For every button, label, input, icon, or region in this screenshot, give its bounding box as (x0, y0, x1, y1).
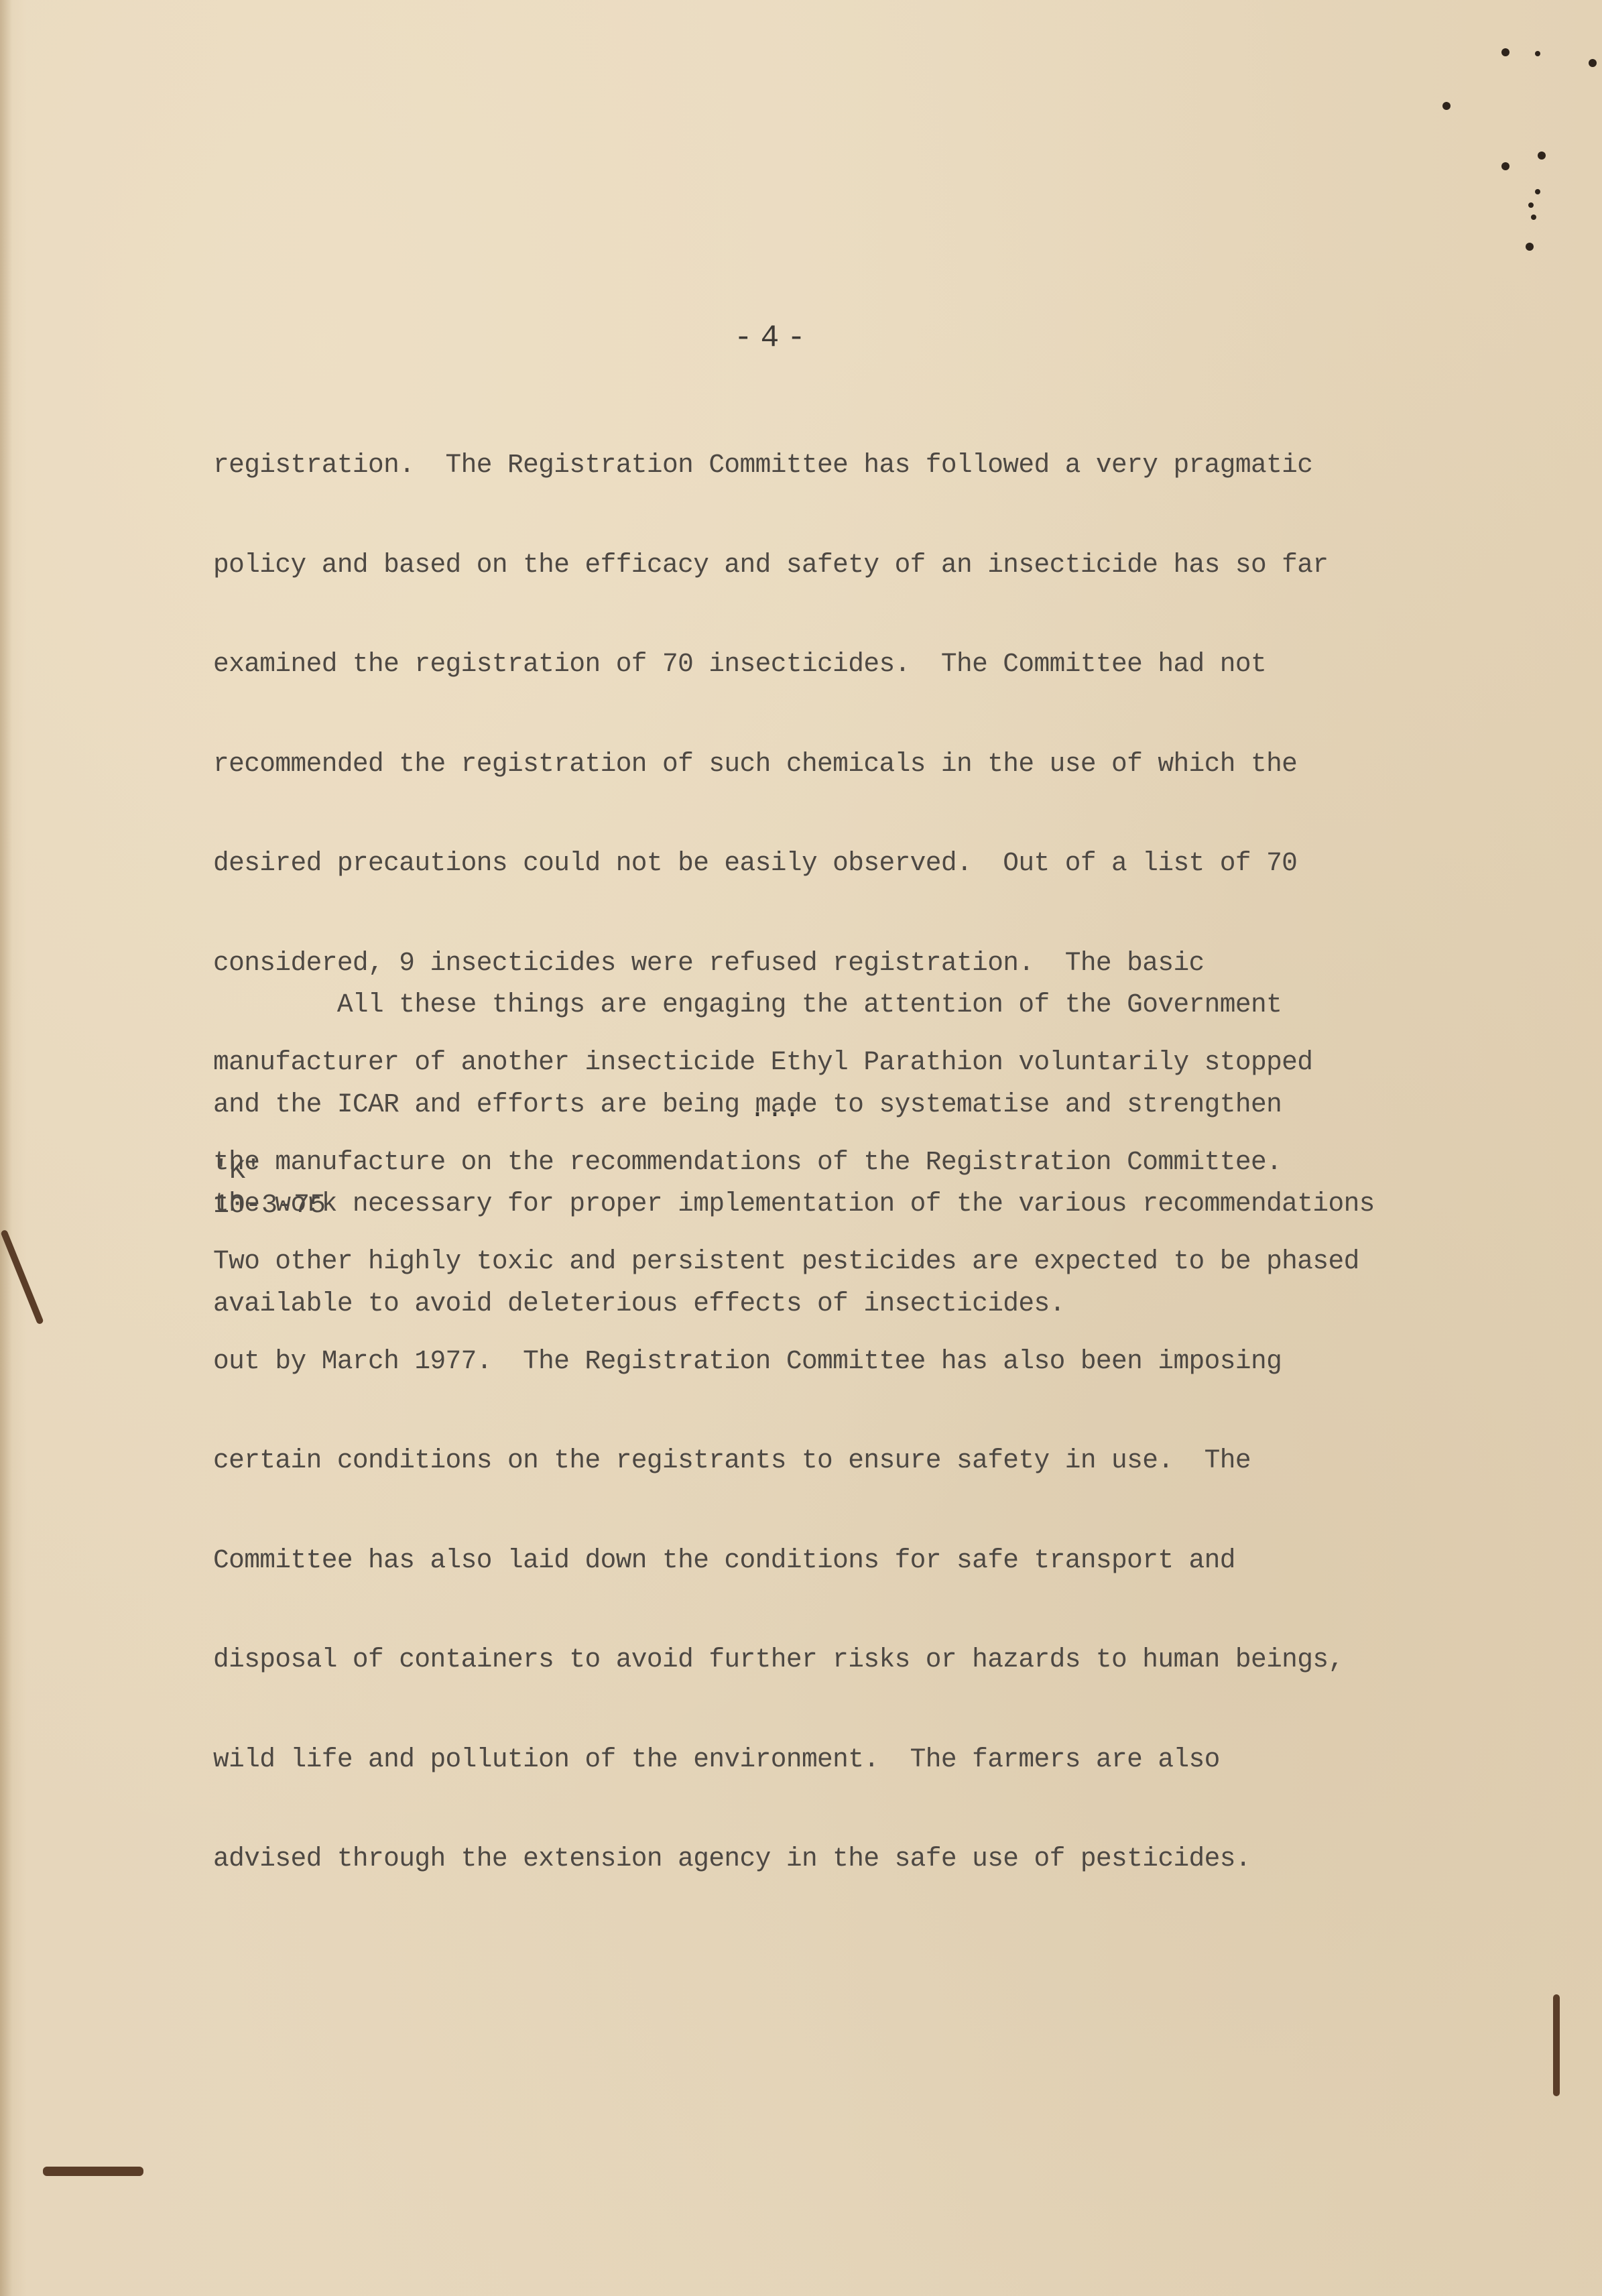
text-line: available to avoid deleterious effects o… (213, 1287, 1375, 1321)
rust-staple-mark-icon (1553, 1994, 1560, 2096)
typist-initial: 'K' (213, 1156, 261, 1187)
text-line: All these things are engaging the attent… (213, 988, 1375, 1022)
text-line: recommended the registration of such che… (213, 747, 1359, 781)
text-line: certain conditions on the registrants to… (213, 1444, 1359, 1477)
text-line: wild life and pollution of the environme… (213, 1743, 1359, 1776)
document-page: -4- registration. The Registration Commi… (0, 0, 1602, 2296)
pin-hole-mark (1538, 152, 1546, 160)
text-line: the work necessary for proper implementa… (213, 1187, 1375, 1221)
text-line: registration. The Registration Committee… (213, 448, 1359, 482)
document-date: 10-3-75 (213, 1191, 326, 1221)
text-line: Committee has also laid down the conditi… (213, 1544, 1359, 1577)
text-line: disposal of containers to avoid further … (213, 1643, 1359, 1677)
pin-hole-mark (1501, 48, 1509, 56)
page-number: -4- (734, 320, 814, 355)
text-line: advised through the extension agency in … (213, 1842, 1359, 1876)
paragraph-conclusion: All these things are engaging the attent… (213, 922, 1375, 1386)
end-marker: ... (749, 1095, 802, 1125)
text-line: desired precautions could not be easily … (213, 847, 1359, 880)
pin-hole-mark (1501, 162, 1509, 170)
pin-hole-mark (1589, 59, 1597, 67)
pin-hole-mark (1526, 243, 1534, 251)
text-line: policy and based on the efficacy and saf… (213, 548, 1359, 582)
pin-hole-mark (1442, 102, 1451, 110)
paper-edge-shadow (0, 0, 12, 2296)
rust-staple-mark-icon (43, 2167, 143, 2176)
pin-hole-mark (1531, 215, 1536, 220)
pin-hole-mark (1528, 202, 1534, 208)
pin-hole-mark (1535, 189, 1540, 194)
pin-hole-mark (1535, 51, 1540, 56)
text-line: examined the registration of 70 insectic… (213, 648, 1359, 681)
